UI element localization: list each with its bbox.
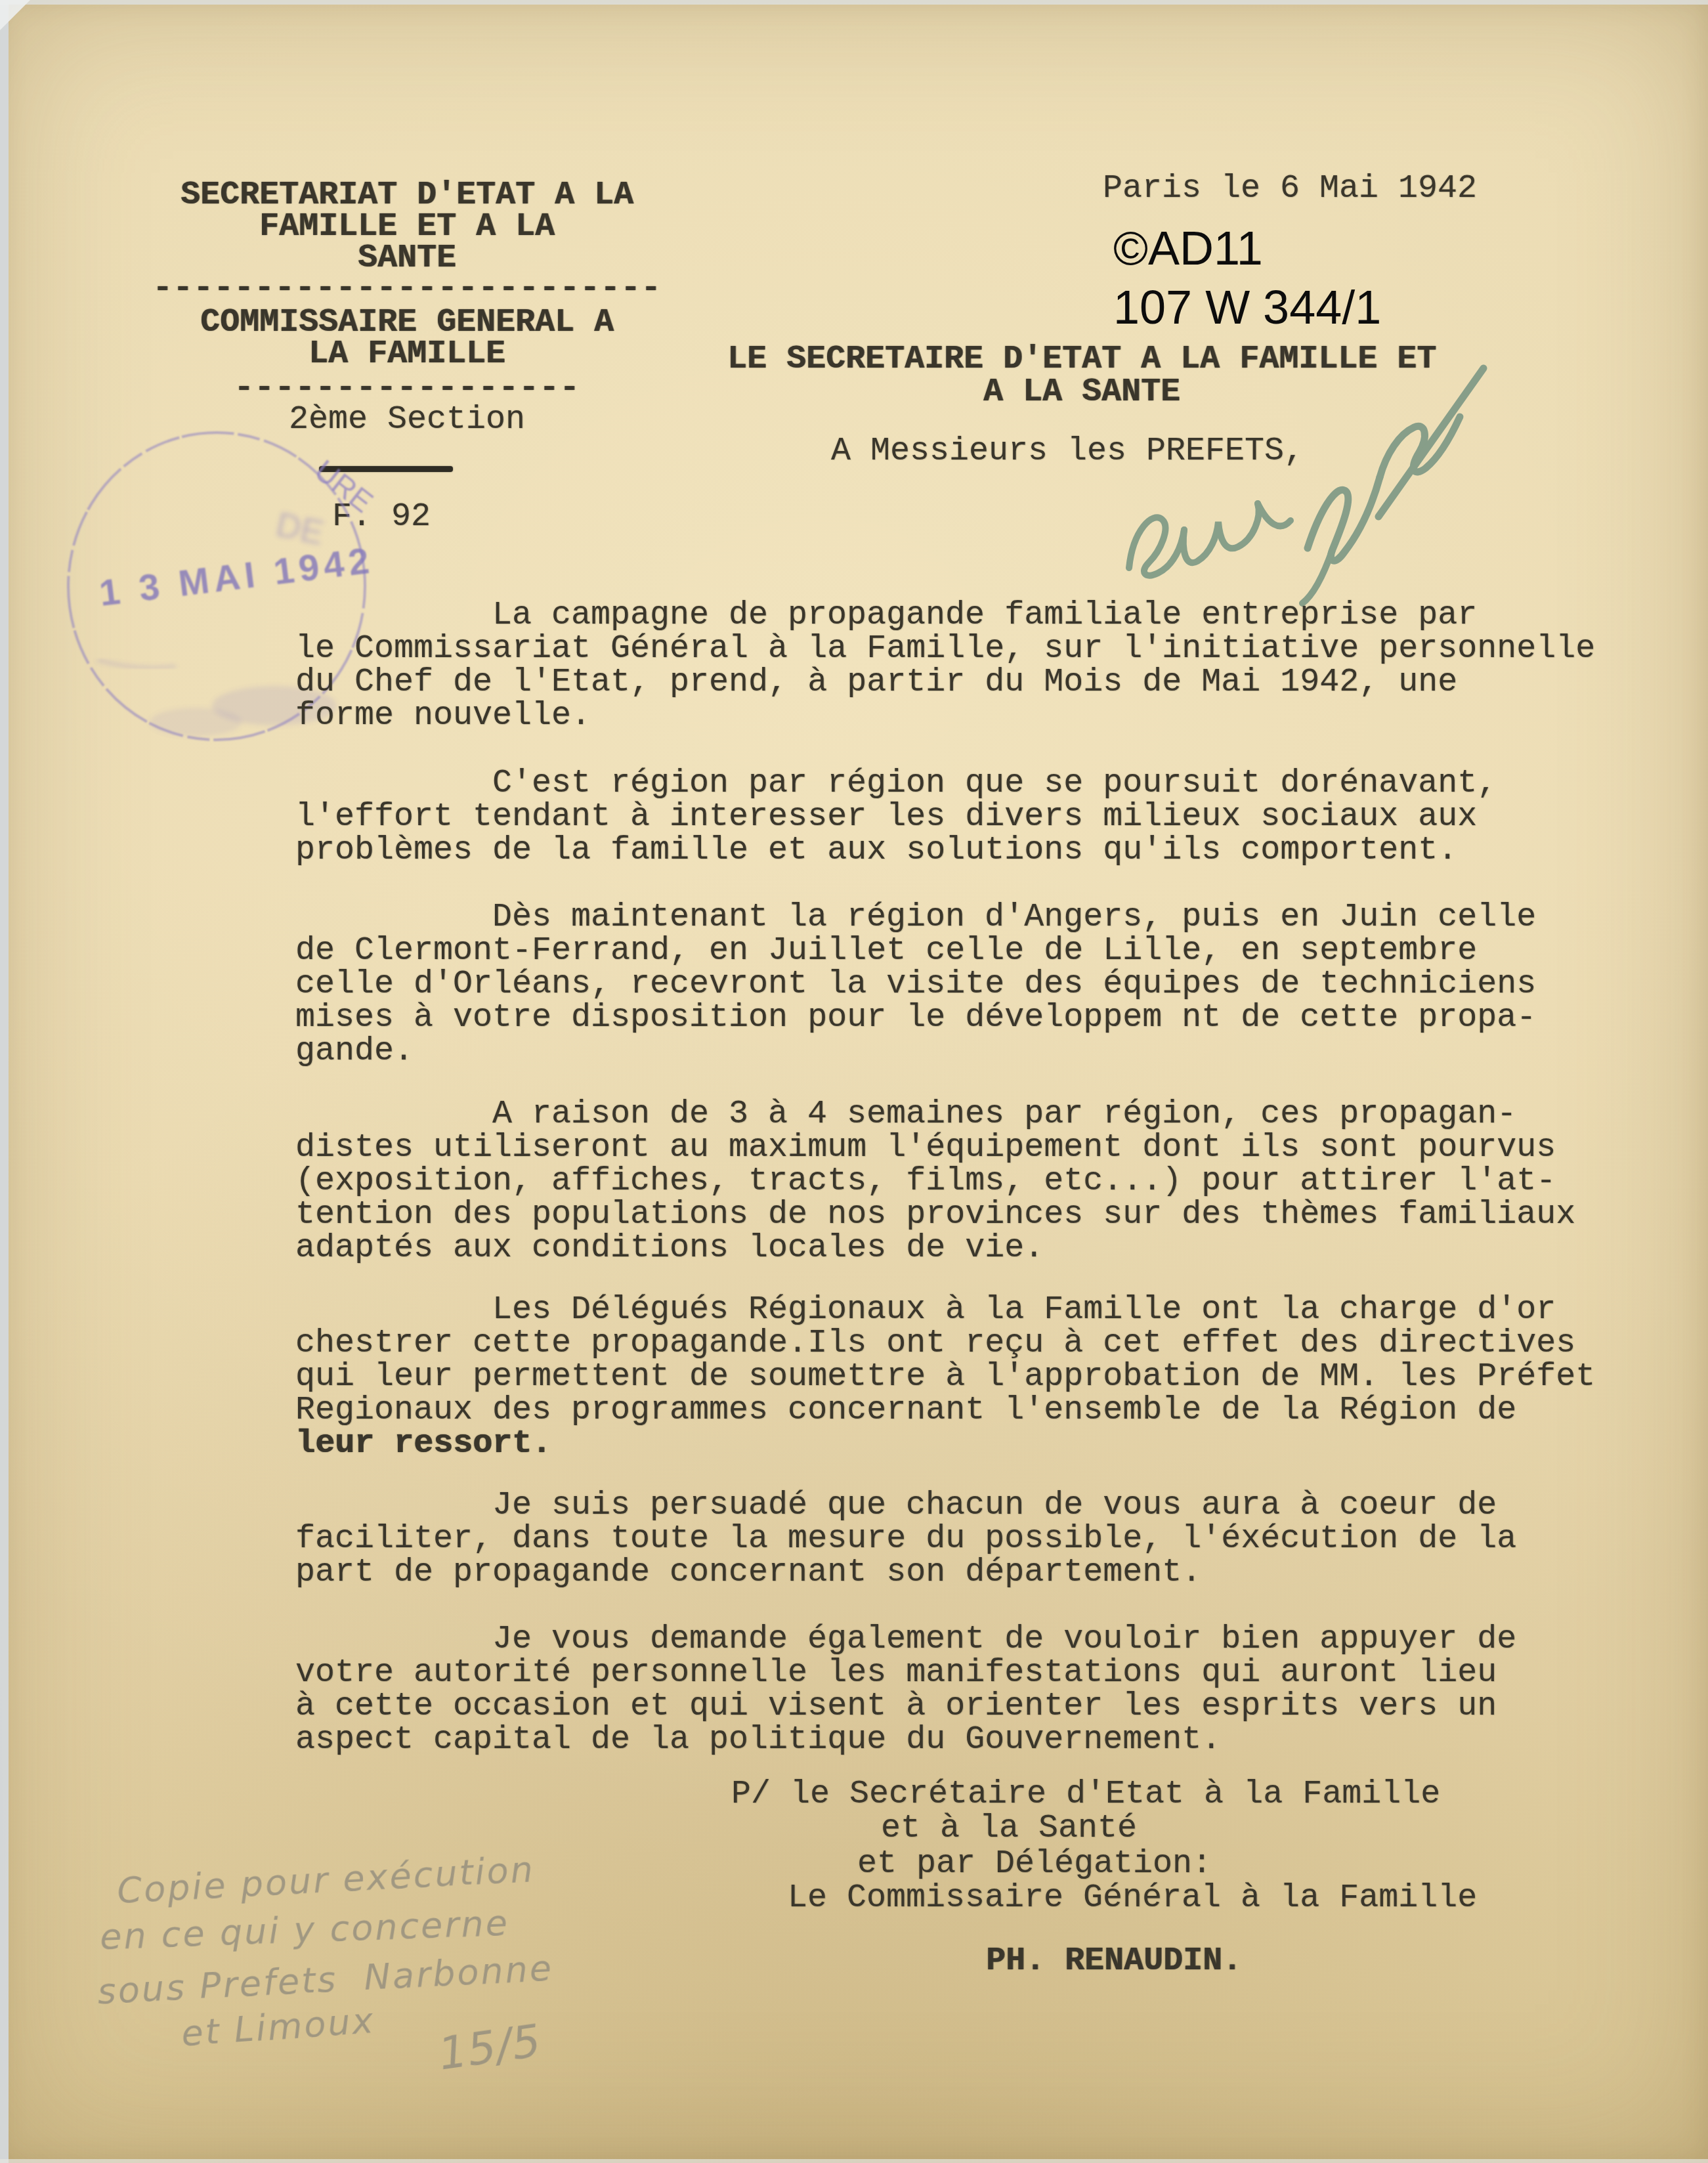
closing-line3: et par Délégation: bbox=[857, 1847, 1212, 1881]
body-line: Dès maintenant la région d'Angers, puis … bbox=[295, 901, 1641, 934]
body-line: Les Délégués Régionaux à la Famille ont … bbox=[295, 1293, 1641, 1327]
paragraph-6: Je suis persuadé que chacun de vous aura… bbox=[295, 1489, 1641, 1589]
body-line: Je vous demande également de vouloir bie… bbox=[295, 1623, 1641, 1656]
body-line: qui leur permettent de soumettre à l'app… bbox=[295, 1360, 1641, 1394]
body-line: à cette occasion et qui visent à oriente… bbox=[295, 1690, 1641, 1723]
archive-watermark-line1: ©AD11 bbox=[1113, 222, 1263, 276]
closing-line1: P/ le Secrétaire d'Etat à la Famille bbox=[731, 1778, 1440, 1811]
body-line: faciliter, dans toute la mesure du possi… bbox=[295, 1522, 1641, 1556]
body-line: A raison de 3 à 4 semaines par région, c… bbox=[295, 1098, 1641, 1131]
body-line: mises à votre disposition pour le dévelo… bbox=[295, 1001, 1641, 1035]
body-line: leur ressort. bbox=[295, 1427, 1641, 1461]
scan-edge-left bbox=[0, 0, 9, 2163]
body-line: celle d'Orléans, recevront la visite des… bbox=[295, 968, 1641, 1001]
letterhead-org-line1: SECRETARIAT D'ETAT A LA bbox=[151, 179, 663, 212]
body-line: le Commissariat Général à la Famille, su… bbox=[295, 632, 1641, 666]
body-line: votre autorité personnelle les manifesta… bbox=[295, 1656, 1641, 1690]
pencil-note-line1: Copie pour exécution bbox=[116, 1848, 536, 1911]
body-line: distes utiliseront au maximum l'équipeme… bbox=[295, 1131, 1641, 1165]
body-line: gande. bbox=[295, 1035, 1641, 1068]
body-line: C'est région par région que se poursuit … bbox=[295, 767, 1641, 800]
body-line: problèmes de la famille et aux solutions… bbox=[295, 834, 1641, 867]
paragraph-1: La campagne de propagande familiale entr… bbox=[295, 599, 1641, 733]
closing-line2: et à la Santé bbox=[881, 1812, 1137, 1845]
body-line: du Chef de l'Etat, prend, à partir du Mo… bbox=[295, 666, 1641, 699]
body-line: part de propagande concernant son départ… bbox=[295, 1556, 1641, 1589]
green-pencil-scribble-icon bbox=[1104, 351, 1498, 627]
scan-edge-top bbox=[0, 0, 1708, 5]
paragraph-3: Dès maintenant la région d'Angers, puis … bbox=[295, 901, 1641, 1068]
paragraph-2: C'est région par région que se poursuit … bbox=[295, 767, 1641, 867]
body-line: Regionaux des programmes concernant l'en… bbox=[295, 1394, 1641, 1427]
letterhead-divider1: ------------------------- bbox=[151, 272, 663, 305]
letter-page: SECRETARIAT D'ETAT A LA FAMILLE ET A LA … bbox=[0, 0, 1708, 2163]
letterhead-dept-line1: COMMISSAIRE GENERAL A bbox=[151, 306, 663, 339]
paragraph-7: Je vous demande également de vouloir bie… bbox=[295, 1623, 1641, 1757]
scan-edge-bottom bbox=[0, 2159, 1708, 2163]
paragraph-5: Les Délégués Régionaux à la Famille ont … bbox=[295, 1293, 1641, 1461]
body-line: La campagne de propagande familiale entr… bbox=[295, 599, 1641, 632]
paragraph-4: A raison de 3 à 4 semaines par région, c… bbox=[295, 1098, 1641, 1265]
body-line: Je suis persuadé que chacun de vous aura… bbox=[295, 1489, 1641, 1522]
signature-name: PH. RENAUDIN. bbox=[986, 1944, 1242, 1978]
dateline: Paris le 6 Mai 1942 bbox=[1103, 172, 1477, 205]
body-line: de Clermont-Ferrand, en Juillet celle de… bbox=[295, 934, 1641, 968]
letterhead-dept-line2: LA FAMILLE bbox=[151, 337, 663, 371]
pencil-note-line4: et Limoux bbox=[180, 2000, 376, 2054]
body-line: chestrer cette propagande.Ils ont reçu à… bbox=[295, 1327, 1641, 1360]
letterhead-org-line2: FAMILLE ET A LA bbox=[151, 210, 663, 244]
closing-line4: Le Commissaire Général à la Famille bbox=[788, 1881, 1477, 1915]
pencil-note-date: 15/5 bbox=[435, 2015, 544, 2080]
archive-watermark-line2: 107 W 344/1 bbox=[1113, 281, 1381, 335]
scan-corner-top-left bbox=[0, 0, 30, 30]
body-line: forme nouvelle. bbox=[295, 699, 1641, 733]
body-line: tention des populations de nos provinces… bbox=[295, 1198, 1641, 1231]
body-line: (exposition, affiches, tracts, films, et… bbox=[295, 1165, 1641, 1198]
letterhead-divider2: ----------------- bbox=[151, 372, 663, 405]
body-line: adaptés aux conditions locales de vie. bbox=[295, 1231, 1641, 1265]
body-line: aspect capital de la politique du Gouver… bbox=[295, 1723, 1641, 1757]
pencil-note-line2: en ce qui y concerne bbox=[99, 1902, 510, 1958]
body-line: l'effort tendant à interesser les divers… bbox=[295, 800, 1641, 834]
